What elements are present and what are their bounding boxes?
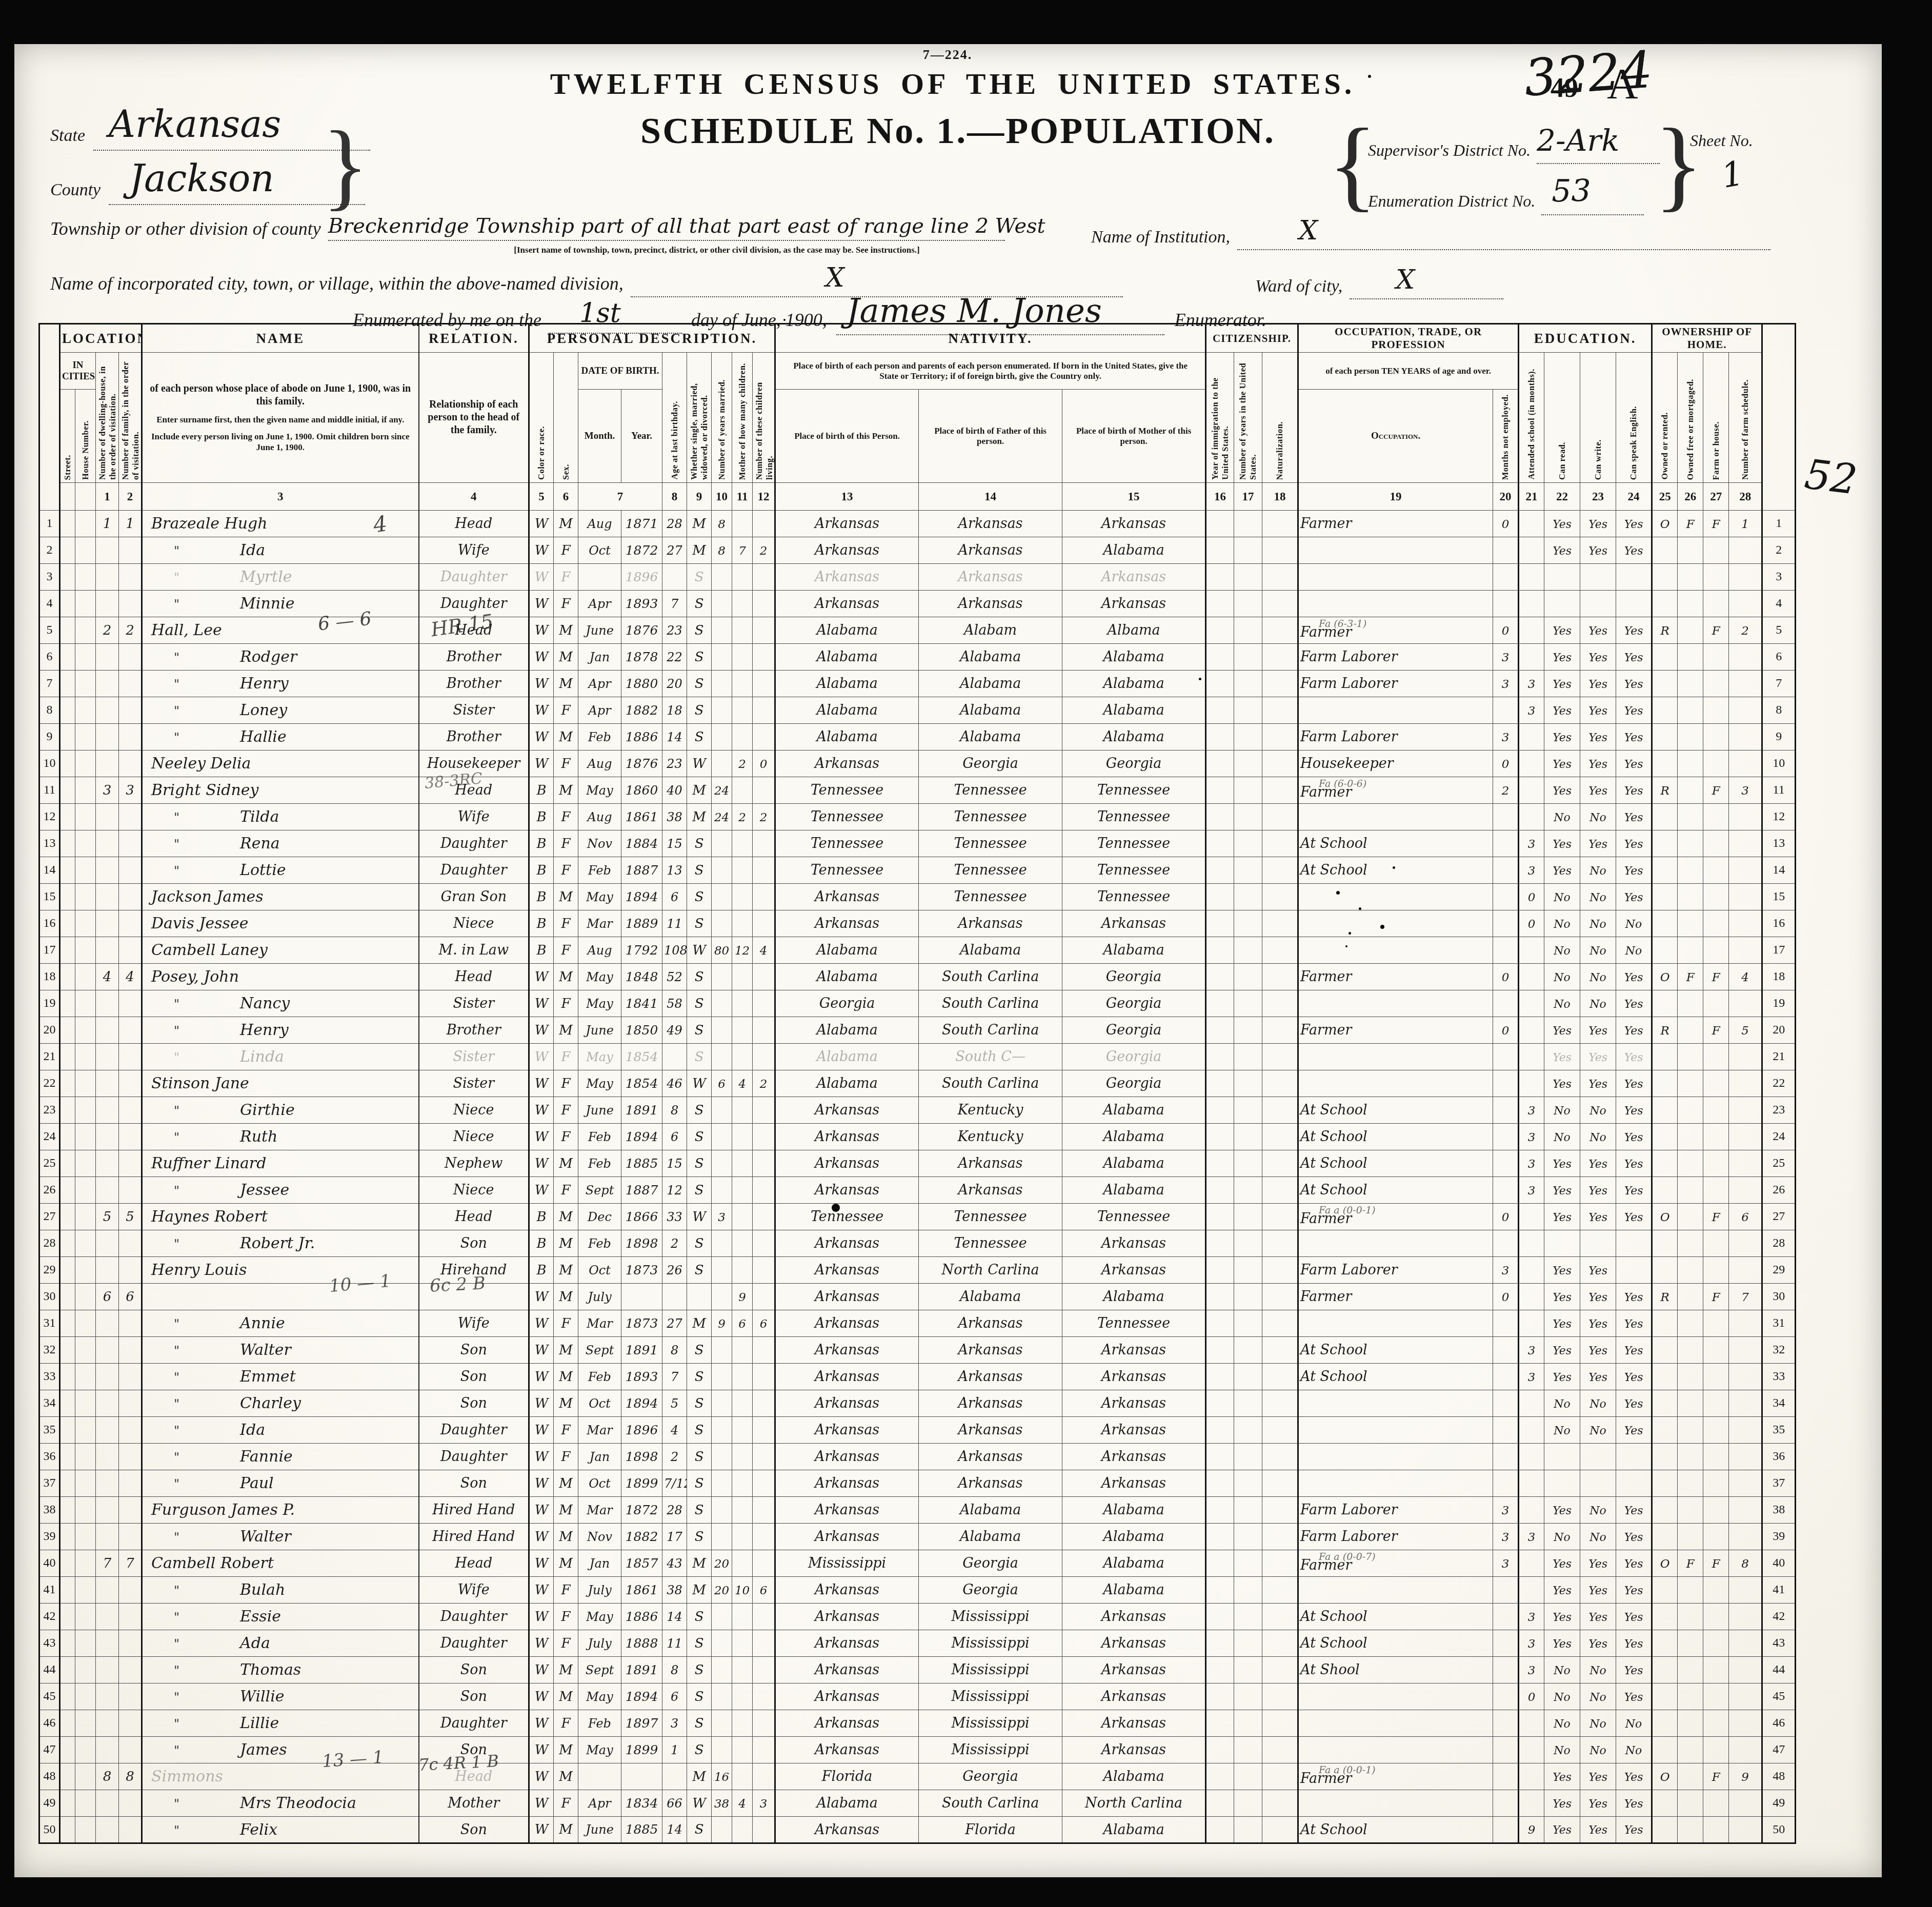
sex-value: F bbox=[561, 1636, 571, 1651]
given-name: Charley bbox=[240, 1394, 301, 1412]
table-row: 39"WalterHired HandWMNov188217SArkansasA… bbox=[39, 1524, 1796, 1550]
children-living bbox=[753, 1230, 775, 1257]
months-not-employed bbox=[1493, 1737, 1519, 1763]
birth-month-value: Mar bbox=[587, 917, 612, 931]
immigration-year bbox=[1206, 830, 1234, 857]
naturalization bbox=[1262, 1230, 1298, 1257]
birth-month: Oct bbox=[578, 1257, 621, 1284]
mother-of-children bbox=[732, 1763, 753, 1790]
col-header-family-number: Number of family, in the order of visita… bbox=[119, 353, 142, 483]
attended-school-value: 3 bbox=[1528, 1344, 1536, 1357]
immigration-year bbox=[1206, 697, 1234, 724]
supervisor-district-label: Supervisor's District No. bbox=[1368, 141, 1531, 159]
can-write: Yes bbox=[1580, 1070, 1616, 1097]
farm-schedule-number bbox=[1729, 1390, 1762, 1417]
can-write-value: Yes bbox=[1588, 1025, 1607, 1038]
sex-value: M bbox=[559, 650, 573, 665]
children-living-value: 2 bbox=[760, 544, 768, 558]
name: "Girthie bbox=[142, 1097, 419, 1124]
pob-person-value: Arkansas bbox=[815, 1635, 879, 1651]
dwelling-number bbox=[96, 1630, 119, 1657]
marital-status-value: S bbox=[695, 1636, 704, 1651]
birth-year: 1861 bbox=[621, 1577, 662, 1604]
children-living: 2 bbox=[753, 804, 775, 830]
immigration-year bbox=[1206, 1177, 1234, 1204]
name: "Essie bbox=[142, 1604, 419, 1630]
pob-person-value: Arkansas bbox=[815, 1662, 879, 1678]
farm-or-house: F bbox=[1703, 1204, 1729, 1230]
pob-mother: Arkansas bbox=[1062, 1417, 1206, 1444]
years-in-us bbox=[1234, 1470, 1262, 1497]
pob-mother: Georgia bbox=[1062, 964, 1206, 990]
pob-mother: Tennessee bbox=[1062, 1310, 1206, 1337]
color-race: W bbox=[529, 750, 554, 777]
marital-status-value: S bbox=[695, 1689, 704, 1705]
years-married: 8 bbox=[712, 537, 732, 564]
can-write: No bbox=[1580, 1710, 1616, 1737]
farm-schedule-number bbox=[1729, 1630, 1762, 1657]
marital-status: M bbox=[687, 1550, 712, 1577]
table-row: 2755Haynes RobertHeadBMDec186633W3Tennes… bbox=[39, 1204, 1796, 1230]
line-number-left: 14 bbox=[39, 857, 60, 884]
occupation bbox=[1298, 1417, 1493, 1444]
color-race: B bbox=[529, 1204, 554, 1230]
children-living bbox=[753, 910, 775, 937]
farm-schedule-number bbox=[1729, 1364, 1762, 1390]
line-number-left: 25 bbox=[39, 1150, 60, 1177]
line-number-right: 30 bbox=[1762, 1284, 1796, 1310]
months-not-employed: 0 bbox=[1493, 511, 1519, 537]
pob-mother-value: Tennessee bbox=[1097, 782, 1170, 798]
marital-status: S bbox=[687, 1230, 712, 1257]
sex: F bbox=[554, 537, 578, 564]
farm-schedule-number bbox=[1729, 1790, 1762, 1817]
birth-month-value: Nov bbox=[587, 1530, 612, 1544]
family-number: 5 bbox=[119, 1204, 142, 1230]
months-not-employed bbox=[1493, 1577, 1519, 1604]
col-group-personal: PERSONAL DESCRIPTION. bbox=[529, 324, 775, 353]
name: "Walter bbox=[142, 1524, 419, 1550]
can-speak-english-value: No bbox=[1625, 945, 1642, 958]
birth-year-value: 1893 bbox=[626, 1369, 658, 1384]
can-write: Yes bbox=[1580, 1817, 1616, 1843]
line-number-right: 33 bbox=[1762, 1364, 1796, 1390]
age: 7 bbox=[662, 1364, 687, 1390]
can-speak-english: Yes bbox=[1616, 777, 1652, 804]
line-number-left: 19 bbox=[39, 990, 60, 1017]
color-race: W bbox=[529, 1124, 554, 1150]
marital-status-value: W bbox=[692, 1209, 706, 1225]
attended-school bbox=[1519, 644, 1544, 671]
pob-father: Tennessee bbox=[919, 1204, 1062, 1230]
pob-person: Tennessee bbox=[775, 777, 919, 804]
can-write-value: Yes bbox=[1588, 678, 1607, 691]
months-not-employed-value: 3 bbox=[1502, 678, 1510, 691]
marital-status-value: S bbox=[695, 1236, 704, 1251]
occupation bbox=[1298, 1070, 1493, 1097]
mother-of-children bbox=[732, 830, 753, 857]
table-row: 8"LoneySisterWFApr188218SAlabamaAlabamaA… bbox=[39, 697, 1796, 724]
farm-or-house bbox=[1703, 591, 1729, 617]
can-read: Yes bbox=[1544, 537, 1580, 564]
immigration-year bbox=[1206, 804, 1234, 830]
years-in-us bbox=[1234, 830, 1262, 857]
relation-value: Head bbox=[455, 1555, 492, 1571]
months-not-employed-value: 3 bbox=[1502, 1531, 1510, 1544]
pob-mother-value: Alabama bbox=[1103, 1102, 1164, 1118]
can-read-value: Yes bbox=[1553, 1611, 1572, 1624]
color-race: W bbox=[529, 1044, 554, 1070]
pob-father: Arkansas bbox=[919, 1337, 1062, 1364]
birth-year-value: 1894 bbox=[626, 1129, 658, 1144]
years-married bbox=[712, 1683, 732, 1710]
can-speak-english bbox=[1616, 591, 1652, 617]
full-name: Jackson James bbox=[151, 888, 264, 906]
pob-person-value: Arkansas bbox=[815, 1342, 879, 1358]
family-number-value: 3 bbox=[126, 783, 134, 798]
occupation-value: Farm Laborer bbox=[1300, 676, 1397, 692]
naturalization bbox=[1262, 937, 1298, 964]
can-write: Yes bbox=[1580, 1284, 1616, 1310]
years-married bbox=[712, 910, 732, 937]
years-in-us bbox=[1234, 697, 1262, 724]
owned-free-mortgaged bbox=[1678, 1124, 1703, 1150]
occupation-value: At School bbox=[1300, 1155, 1367, 1171]
years-in-us bbox=[1234, 990, 1262, 1017]
farm-schedule-number-value: 3 bbox=[1741, 784, 1749, 798]
pob-person-value: Alabama bbox=[816, 1022, 877, 1038]
nativity-description: Place of birth of each person and parent… bbox=[775, 353, 1206, 390]
dwelling-number: 4 bbox=[96, 964, 119, 990]
pob-father: Tennessee bbox=[919, 777, 1062, 804]
color-race-value: W bbox=[535, 1822, 549, 1837]
mother-of-children bbox=[732, 1150, 753, 1177]
relation-value: Head bbox=[455, 516, 492, 532]
dwelling-number bbox=[96, 1710, 119, 1737]
owned-rented: O bbox=[1652, 511, 1678, 537]
full-name: Henry Louis bbox=[151, 1261, 247, 1279]
dwelling-number: 5 bbox=[96, 1204, 119, 1230]
birth-year-value: 1861 bbox=[626, 809, 658, 824]
marital-status-value: S bbox=[695, 1049, 704, 1065]
can-speak-english: Yes bbox=[1616, 1390, 1652, 1417]
pob-mother-value: Tennessee bbox=[1097, 889, 1170, 905]
mother-of-children bbox=[732, 1657, 753, 1683]
occupation bbox=[1298, 1577, 1493, 1604]
can-speak-english-value: Yes bbox=[1624, 1158, 1643, 1171]
months-not-employed bbox=[1493, 1150, 1519, 1177]
occupation bbox=[1298, 1710, 1493, 1737]
street-cell bbox=[60, 1524, 75, 1550]
table-row: 47"JamesSonWMMay18991SArkansasMississipp… bbox=[39, 1737, 1796, 1763]
years-married: 20 bbox=[712, 1550, 732, 1577]
col-header-attended-school: Attended school (in months). bbox=[1519, 353, 1544, 483]
birth-year: 1872 bbox=[621, 1497, 662, 1524]
years-married: 3 bbox=[712, 1204, 732, 1230]
attended-school: 3 bbox=[1519, 1364, 1544, 1390]
family-number bbox=[119, 1390, 142, 1417]
birth-month-value: Mar bbox=[587, 1423, 612, 1437]
pob-father: Alabama bbox=[919, 1524, 1062, 1550]
family-number-value: 7 bbox=[126, 1556, 134, 1571]
can-write-value: No bbox=[1589, 1505, 1606, 1517]
birth-year-value: 1886 bbox=[626, 1609, 658, 1624]
col-number-22: 22 bbox=[1544, 483, 1580, 511]
can-read-value: No bbox=[1554, 1398, 1571, 1411]
line-number-right: 5 bbox=[1762, 617, 1796, 644]
marital-status-value: S bbox=[695, 1449, 704, 1465]
birth-year-value: 1861 bbox=[626, 1583, 658, 1597]
pob-mother: Alabama bbox=[1062, 1284, 1206, 1310]
attended-school bbox=[1519, 1070, 1544, 1097]
farm-or-house bbox=[1703, 937, 1729, 964]
birth-year: 1848 bbox=[621, 964, 662, 990]
state-value: Arkansas bbox=[109, 103, 281, 146]
pob-person: Arkansas bbox=[775, 1230, 919, 1257]
can-read-value: No bbox=[1554, 812, 1571, 824]
marital-status-value: S bbox=[695, 1129, 704, 1145]
farm-or-house bbox=[1703, 857, 1729, 884]
name: "Jessee bbox=[142, 1177, 419, 1204]
pob-mother: Alabama bbox=[1062, 1097, 1206, 1124]
attended-school bbox=[1519, 1417, 1544, 1444]
supervisor-district-value: 2-Ark bbox=[1537, 123, 1619, 158]
can-speak-english-value: Yes bbox=[1624, 1531, 1643, 1544]
color-race: W bbox=[529, 1550, 554, 1577]
line-number-right: 48 bbox=[1762, 1763, 1796, 1790]
birth-year-value: 1898 bbox=[626, 1449, 658, 1464]
pob-person-value: Alabama bbox=[816, 1076, 877, 1091]
marital-status-value: S bbox=[695, 1716, 704, 1731]
marital-status-value: S bbox=[695, 1662, 704, 1678]
family-number bbox=[119, 1230, 142, 1257]
can-speak-english-value: Yes bbox=[1624, 1051, 1643, 1064]
house-number-cell bbox=[75, 697, 96, 724]
months-not-employed bbox=[1493, 1444, 1519, 1470]
age-value: 27 bbox=[667, 543, 682, 558]
can-speak-english bbox=[1616, 1470, 1652, 1497]
dwelling-number: 6 bbox=[96, 1284, 119, 1310]
marital-status: W bbox=[687, 937, 712, 964]
color-race-value: W bbox=[535, 1503, 549, 1518]
birth-month-value: Feb bbox=[588, 730, 611, 744]
pob-mother-value: Arkansas bbox=[1101, 1742, 1166, 1758]
mother-of-children-value: 2 bbox=[738, 758, 746, 771]
birth-month: Feb bbox=[578, 1124, 621, 1150]
pob-mother-value: Arkansas bbox=[1101, 1422, 1166, 1438]
pob-person-value: Arkansas bbox=[815, 1502, 879, 1518]
can-speak-english: Yes bbox=[1616, 1150, 1652, 1177]
years-married bbox=[712, 884, 732, 910]
naturalization bbox=[1262, 591, 1298, 617]
marital-status: S bbox=[687, 1097, 712, 1124]
attended-school bbox=[1519, 1390, 1544, 1417]
ink-dot bbox=[1368, 75, 1371, 78]
table-row: 3066WMJuly9ArkansasAlabamaAlabamaFarmer0… bbox=[39, 1284, 1796, 1310]
table-row: 4888SimmonsHeadWMM16FloridaGeorgiaAlabam… bbox=[39, 1763, 1796, 1790]
children-living bbox=[753, 511, 775, 537]
owned-rented-value: R bbox=[1660, 784, 1669, 798]
children-living bbox=[753, 591, 775, 617]
street-cell bbox=[60, 537, 75, 564]
can-speak-english-value: Yes bbox=[1624, 1798, 1643, 1811]
line-number-left: 35 bbox=[39, 1417, 60, 1444]
pob-mother: Arkansas bbox=[1062, 1257, 1206, 1284]
pob-mother: Georgia bbox=[1062, 750, 1206, 777]
birth-month-value: Apr bbox=[588, 1796, 611, 1811]
can-write: No bbox=[1580, 1657, 1616, 1683]
can-read-value: Yes bbox=[1553, 1025, 1572, 1038]
family-number bbox=[119, 1177, 142, 1204]
line-number-left: 24 bbox=[39, 1124, 60, 1150]
full-name: Haynes Robert bbox=[151, 1208, 268, 1226]
can-read: No bbox=[1544, 990, 1580, 1017]
farm-schedule-number bbox=[1729, 1683, 1762, 1710]
pob-person: Arkansas bbox=[775, 1417, 919, 1444]
line-number-left: 30 bbox=[39, 1284, 60, 1310]
given-name: Mrs Theodocia bbox=[240, 1794, 356, 1812]
can-write-value: Yes bbox=[1588, 838, 1607, 851]
attended-school bbox=[1519, 1790, 1544, 1817]
line-number-right: 37 bbox=[1762, 1470, 1796, 1497]
birth-month-value: July bbox=[588, 1636, 611, 1651]
name: "Tilda bbox=[142, 804, 419, 830]
can-write-value: No bbox=[1589, 1131, 1606, 1144]
pob-father: Alabama bbox=[919, 1497, 1062, 1524]
family-number bbox=[119, 1737, 142, 1763]
line-number-left: 4 bbox=[39, 591, 60, 617]
can-write: Yes bbox=[1580, 1310, 1616, 1337]
color-race: W bbox=[529, 644, 554, 671]
owned-rented-value: O bbox=[1660, 1211, 1670, 1224]
line-number-right: 6 bbox=[1762, 644, 1796, 671]
months-not-employed bbox=[1493, 1124, 1519, 1150]
line-number-right: 10 bbox=[1762, 750, 1796, 777]
can-write-value: No bbox=[1589, 891, 1606, 904]
house-number-cell bbox=[75, 1044, 96, 1070]
years-in-us bbox=[1234, 1550, 1262, 1577]
farm-or-house bbox=[1703, 910, 1729, 937]
family-number bbox=[119, 644, 142, 671]
years-married bbox=[712, 644, 732, 671]
can-read-value: No bbox=[1554, 918, 1571, 931]
naturalization bbox=[1262, 1177, 1298, 1204]
color-race: W bbox=[529, 1390, 554, 1417]
farm-schedule-number bbox=[1729, 537, 1762, 564]
birth-month-value: May bbox=[586, 1077, 613, 1091]
given-name: Walter bbox=[240, 1528, 291, 1546]
birth-year: 1887 bbox=[621, 857, 662, 884]
birth-year: 1894 bbox=[621, 1390, 662, 1417]
naturalization bbox=[1262, 564, 1298, 591]
color-race-value: W bbox=[535, 1689, 549, 1705]
immigration-year bbox=[1206, 1284, 1234, 1310]
birth-year: 1885 bbox=[621, 1817, 662, 1843]
pob-father: Mississippi bbox=[919, 1604, 1062, 1630]
house-number-cell bbox=[75, 564, 96, 591]
years-in-us bbox=[1234, 1124, 1262, 1150]
street-cell bbox=[60, 1124, 75, 1150]
pob-person-value: Mississippi bbox=[808, 1555, 886, 1571]
attended-school-value: 3 bbox=[1528, 838, 1536, 851]
can-write-value: No bbox=[1589, 971, 1606, 984]
birth-month: July bbox=[578, 1284, 621, 1310]
dwelling-number bbox=[96, 697, 119, 724]
pob-father: Tennessee bbox=[919, 857, 1062, 884]
farm-schedule-number bbox=[1729, 830, 1762, 857]
birth-month-value: May bbox=[586, 783, 613, 798]
col-number-11: 11 bbox=[732, 483, 753, 511]
years-married bbox=[712, 1497, 732, 1524]
dwelling-number bbox=[96, 1524, 119, 1550]
occupation-value: Farmer bbox=[1300, 1022, 1352, 1038]
pob-mother-value: Arkansas bbox=[1101, 1689, 1166, 1705]
naturalization bbox=[1262, 1790, 1298, 1817]
years-married bbox=[712, 990, 732, 1017]
relation-value: Son bbox=[460, 1822, 487, 1838]
ditto-mark: " bbox=[174, 651, 179, 665]
given-name: Nancy bbox=[240, 995, 290, 1012]
pob-person: Arkansas bbox=[775, 1683, 919, 1710]
farm-or-house bbox=[1703, 1177, 1729, 1204]
pob-person-value: Tennessee bbox=[811, 862, 883, 878]
owned-free-mortgaged bbox=[1678, 884, 1703, 910]
color-race-value: B bbox=[536, 836, 546, 851]
farm-or-house bbox=[1703, 1417, 1729, 1444]
color-race: B bbox=[529, 1230, 554, 1257]
owned-rented bbox=[1652, 1337, 1678, 1364]
attended-school-value: 3 bbox=[1528, 704, 1536, 718]
farm-or-house bbox=[1703, 1337, 1729, 1364]
family-number bbox=[119, 1710, 142, 1737]
birth-month-value: Oct bbox=[589, 1396, 611, 1411]
years-married-value: 8 bbox=[718, 518, 726, 531]
age: 3 bbox=[662, 1710, 687, 1737]
pob-father: Alabama bbox=[919, 644, 1062, 671]
pob-person: Arkansas bbox=[775, 1710, 919, 1737]
occupation: Farmer bbox=[1298, 964, 1493, 990]
pob-father-value: Tennessee bbox=[954, 809, 1027, 825]
family-number: 2 bbox=[119, 617, 142, 644]
owned-rented bbox=[1652, 1737, 1678, 1763]
institution-value: X bbox=[1299, 215, 1318, 246]
pob-mother-value: Alabama bbox=[1103, 729, 1164, 745]
line-number-right: 9 bbox=[1762, 724, 1796, 750]
color-race-value: B bbox=[536, 943, 546, 958]
sex: F bbox=[554, 1177, 578, 1204]
pob-father-value: Arkansas bbox=[958, 1369, 1023, 1385]
months-not-employed bbox=[1493, 830, 1519, 857]
can-write-value: Yes bbox=[1588, 1185, 1607, 1198]
years-married-value: 3 bbox=[718, 1211, 726, 1224]
farm-or-house-value: F bbox=[1712, 518, 1720, 531]
mother-of-children bbox=[732, 724, 753, 750]
birth-year: 1841 bbox=[621, 990, 662, 1017]
pob-father-value: Mississippi bbox=[952, 1715, 1030, 1731]
sex-value: M bbox=[559, 889, 573, 905]
can-write: No bbox=[1580, 1524, 1616, 1550]
owned-rented bbox=[1652, 1444, 1678, 1470]
can-write-value: No bbox=[1589, 945, 1606, 958]
can-read-value: Yes bbox=[1553, 1185, 1572, 1198]
years-in-us bbox=[1234, 884, 1262, 910]
owned-free-mortgaged bbox=[1678, 804, 1703, 830]
can-read: Yes bbox=[1544, 1630, 1580, 1657]
age: 28 bbox=[662, 1497, 687, 1524]
pob-person: Arkansas bbox=[775, 1524, 919, 1550]
children-living bbox=[753, 1710, 775, 1737]
mother-of-children bbox=[732, 1364, 753, 1390]
